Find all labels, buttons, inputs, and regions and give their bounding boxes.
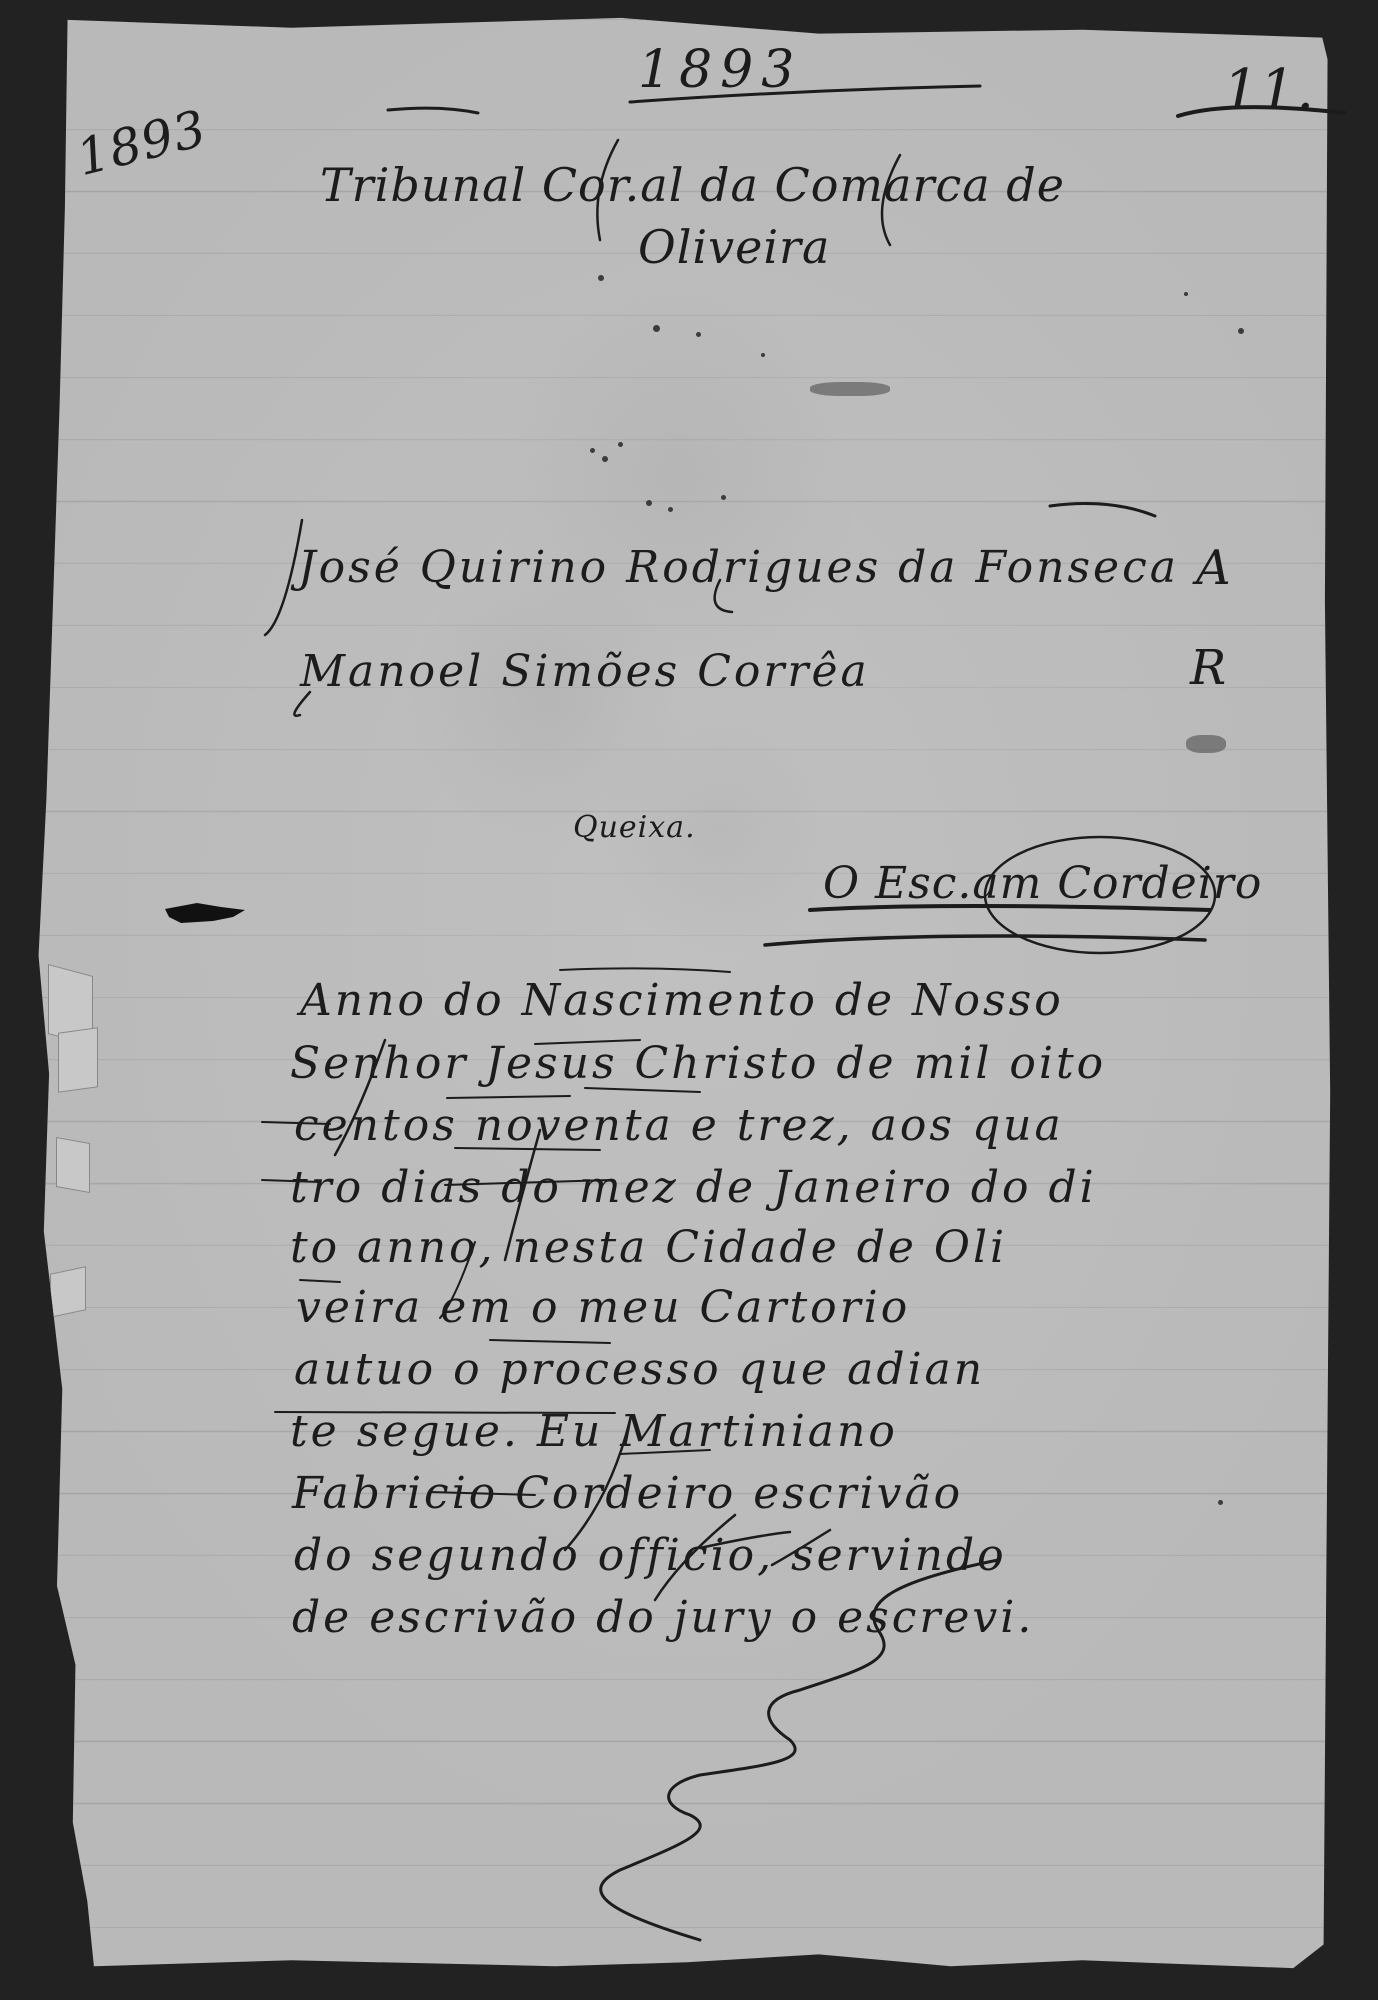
ink-speckle [1184, 292, 1188, 296]
autuacao-line: veira em o meu Cartorio [296, 1282, 910, 1333]
party-plaintiff-name: José Quirino Rodrigues da Fonseca [298, 542, 1179, 593]
autuacao-line: Senhor Jesus Christo de mil oito [290, 1038, 1106, 1089]
margin-year-annotation: 1893 [71, 99, 212, 187]
scanned-document: 1893 1893 11. Tribunal Cor.al da Comarca… [0, 0, 1378, 2000]
ink-speckle [618, 442, 623, 447]
torn-edge-flap [50, 1266, 86, 1318]
ink-smudge [1186, 735, 1226, 753]
autuacao-line: autuo o processo que adian [294, 1344, 985, 1395]
autuacao-line: do segundo officio, servindo [294, 1530, 1007, 1581]
party-defendant-role: R [1190, 640, 1227, 696]
autuacao-line: de escrivão do jury o escrevi. [292, 1592, 1034, 1643]
torn-edge-flap [56, 1137, 90, 1193]
party-plaintiff-role: A [1196, 540, 1232, 596]
ink-speckle [696, 332, 701, 337]
ink-speckle [602, 456, 608, 462]
ink-speckle [646, 500, 652, 506]
ink-speckle [721, 495, 726, 500]
autuacao-line: centos noventa e trez, aos qua [294, 1100, 1064, 1151]
case-type: Queixa. [573, 810, 696, 845]
ink-speckle [590, 448, 595, 453]
court-title-line-1: Tribunal Cor.al da Comarca de [320, 158, 1065, 212]
autuacao-line: Fabricio Cordeiro escrivão [292, 1468, 963, 1519]
autuacao-line: tro dias do mez de Janeiro do di [290, 1162, 1097, 1213]
autuacao-line: te segue. Eu Martiniano [290, 1406, 898, 1457]
clerk-signature: O Esc.am Cordeiro [823, 858, 1262, 909]
ink-speckle [598, 275, 604, 281]
header-year: 1893 [638, 40, 802, 100]
ink-speckle [668, 507, 673, 512]
ink-speckle [653, 325, 660, 332]
ink-speckle [1218, 1500, 1223, 1505]
ink-smudge [810, 382, 890, 396]
court-title-line-2: Oliveira [638, 220, 830, 274]
torn-edge-flap [58, 1027, 98, 1093]
autuacao-line: to anno, nesta Cidade de Oli [290, 1222, 1007, 1273]
autuacao-line: Anno do Nascimento de Nosso [300, 975, 1064, 1026]
paper-page: 1893 1893 11. Tribunal Cor.al da Comarca… [28, 10, 1346, 1980]
ink-speckle [1238, 328, 1244, 334]
folio-number: 11. [1223, 58, 1315, 123]
party-defendant-name: Manoel Simões Corrêa [300, 646, 870, 697]
paper-tear-hole [165, 903, 245, 923]
ink-speckle [761, 353, 765, 357]
